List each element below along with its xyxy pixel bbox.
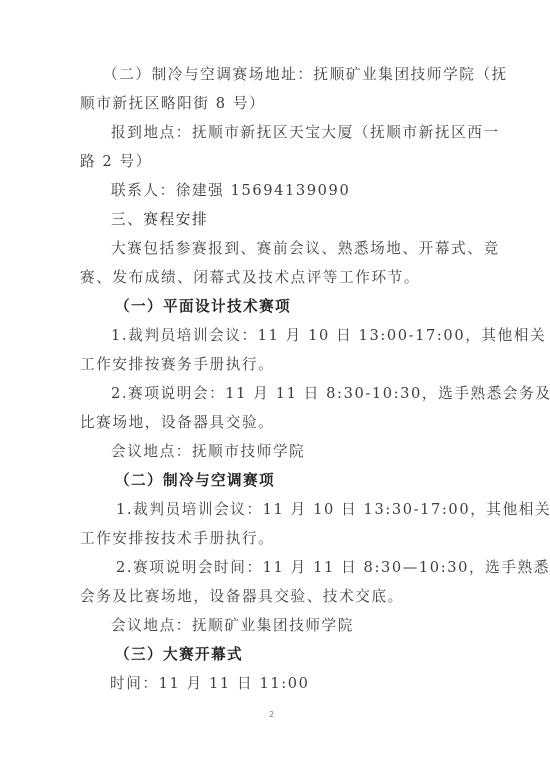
gd-briefing-line-1: 2.赛项说明会：11 月 11 日 8:30-10:30，选手熟悉会务及 — [111, 385, 550, 403]
venue-address-line-2: 顺市新抚区略阳街 8 号） — [80, 95, 265, 113]
rf-meeting-location: 会议地点：抚顺矿业集团技师学院 — [111, 617, 354, 635]
rf-briefing-line-2: 会务及比赛场地，设备器具交验、技术交底。 — [80, 588, 404, 606]
registration-location-line-1: 报到地点：抚顺市新抚区天宝大厦（抚顺市新抚区西一 — [111, 124, 500, 142]
document-page: （二）制冷与空调赛场地址：抚顺矿业集团技师学院（抚 顺市新抚区略阳街 8 号） … — [0, 0, 550, 777]
gd-referee-training-line-2: 工作安排按赛务手册执行。 — [80, 356, 274, 374]
contact-person: 联系人：徐建强 15694139090 — [111, 182, 350, 200]
page-number: 2 — [269, 710, 274, 719]
rf-briefing-line-1: 2.赛项说明会时间：11 月 11 日 8:30—10:30，选手熟悉 — [116, 559, 550, 577]
schedule-intro-line-1: 大赛包括参赛报到、赛前会议、熟悉场地、开幕式、竞 — [111, 240, 500, 258]
gd-meeting-location: 会议地点：抚顺市技师学院 — [111, 443, 305, 461]
registration-location-line-2: 路 2 号） — [80, 153, 152, 171]
opening-ceremony-time: 时间：11 月 11 日 11:00 — [110, 675, 310, 693]
rf-referee-training-line-2: 工作安排按技术手册执行。 — [80, 530, 274, 548]
gd-briefing-line-2: 比赛场地，设备器具交验。 — [80, 414, 274, 432]
gd-referee-training-line-1: 1.裁判员培训会议：11 月 10 日 13:00-17:00，其他相关 — [111, 327, 546, 345]
venue-address-line-1: （二）制冷与空调赛场地址：抚顺矿业集团技师学院（抚 — [103, 66, 508, 84]
subheading-opening-ceremony: （三）大赛开幕式 — [115, 646, 243, 664]
subheading-graphic-design: （一）平面设计技术赛项 — [115, 298, 291, 316]
section-heading-schedule: 三、赛程安排 — [111, 211, 208, 229]
subheading-refrigeration: （二）制冷与空调赛项 — [115, 472, 275, 490]
schedule-intro-line-2: 赛、发布成绩、闭幕式及技术点评等工作环节。 — [80, 269, 420, 287]
rf-referee-training-line-1: 1.裁判员培训会议：11 月 10 日 13:30-17:00，其他相关 — [116, 501, 550, 519]
